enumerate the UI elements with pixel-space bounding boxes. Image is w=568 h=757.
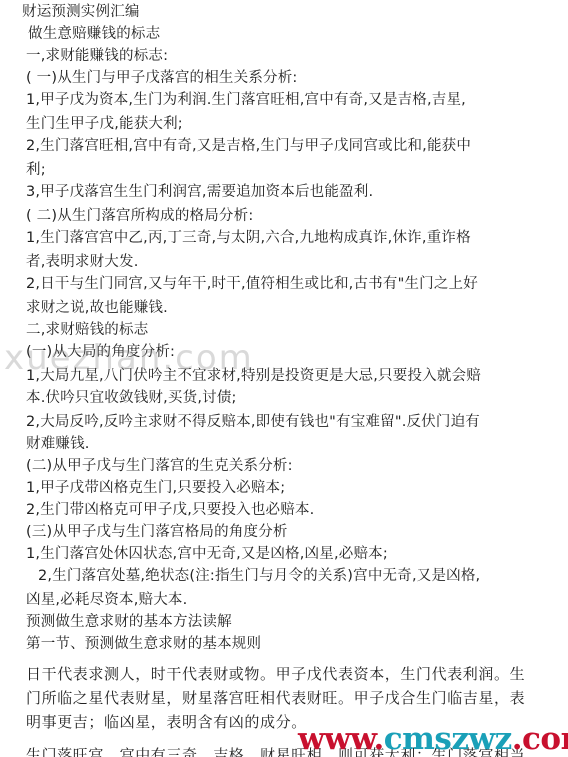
watermark-tld: .com bbox=[512, 721, 568, 757]
text-line: (二)从甲子戊与生门落宫的生克关系分析: bbox=[26, 456, 293, 476]
text-line: 财难赚钱. bbox=[26, 434, 90, 454]
text-line: 本.伏吟只宜收敛钱财,买货,讨债; bbox=[26, 388, 237, 408]
text-line: 2,日干与生门同宫,又与年干,时干,值符相生或比和,古书有"生门之上好 bbox=[26, 274, 478, 294]
text-line: 2,大局反吟,反吟主求财不得反赔本,即使有钱也"有宝难留".反伏门迫有 bbox=[26, 412, 480, 432]
watermark-www: www. bbox=[298, 721, 384, 757]
text-line: 2,生门落宫旺相,宫中有奇,又是吉格,生门与甲子戊同宫或比和,能获中 bbox=[26, 136, 471, 156]
document-title: 财运预测实例汇编 bbox=[22, 2, 140, 22]
text-line: (三)从甲子戊与生门落宫格局的角度分析 bbox=[26, 522, 288, 542]
text-line: 凶星,必耗尽资本,赔大本. bbox=[26, 590, 187, 610]
text-line: 1,生门落宫宫中乙,丙,丁三奇,与太阴,六合,九地构成真诈,休诈,重诈格 bbox=[26, 228, 471, 248]
faint-watermark: xuezhan.com bbox=[4, 338, 254, 378]
paragraph-line: 明事更吉；临凶星，表明含有凶的成分。 bbox=[26, 712, 307, 732]
text-line: 者,表明求财大发. bbox=[26, 252, 139, 272]
text-line: ( 二)从生门落宫所构成的格局分析: bbox=[26, 206, 253, 226]
text-line: 2,生门带凶格克可甲子戊,只要投入也必赔本. bbox=[26, 500, 314, 520]
site-watermark: www.cmszwz.com bbox=[298, 722, 568, 756]
text-line: 做生意赔赚钱的标志 bbox=[28, 24, 160, 44]
text-line: 1,生门落宫处休囚状态,宫中无奇,又是凶格,凶星,必赔本; bbox=[26, 544, 388, 564]
text-line: 1,甲子戊带凶格克生门,只要投入必赔本; bbox=[26, 478, 285, 498]
text-line: 生门生甲子戊,能获大利; bbox=[26, 114, 183, 134]
text-line: 3,甲子戊落宫生生门利润宫,需要追加资本后也能盈利. bbox=[26, 182, 373, 202]
paragraph-line: 门所临之星代表财星，财星落宫旺相代表财旺。甲子戊合生门临吉星，表 bbox=[26, 688, 525, 708]
text-line: 第一节、预测做生意求财的基本规则 bbox=[26, 634, 261, 654]
text-line: 一,求财能赚钱的标志: bbox=[26, 46, 168, 66]
text-line: ( 一)从生门与甲子戊落宫的相生关系分析: bbox=[26, 68, 298, 88]
paragraph-line: 日干代表求测人，时干代表财或物。甲子戊代表资本，生门代表利润。生 bbox=[26, 664, 525, 684]
text-line: 求财之说,故也能赚钱. bbox=[26, 298, 168, 318]
text-line: 利; bbox=[26, 160, 46, 180]
text-line: 1,甲子戊为资本,生门为利润.生门落宫旺相,宫中有奇,又是吉格,吉星, bbox=[26, 90, 466, 110]
text-line: 2,生门落宫处墓,绝状态(注:指生门与月令的关系)宫中无奇,又是凶格, bbox=[38, 566, 480, 586]
watermark-domain: cmszwz bbox=[384, 721, 512, 757]
text-line: 二,求财赔钱的标志 bbox=[26, 320, 148, 340]
text-line: 预测做生意求财的基本方法读解 bbox=[26, 612, 232, 632]
